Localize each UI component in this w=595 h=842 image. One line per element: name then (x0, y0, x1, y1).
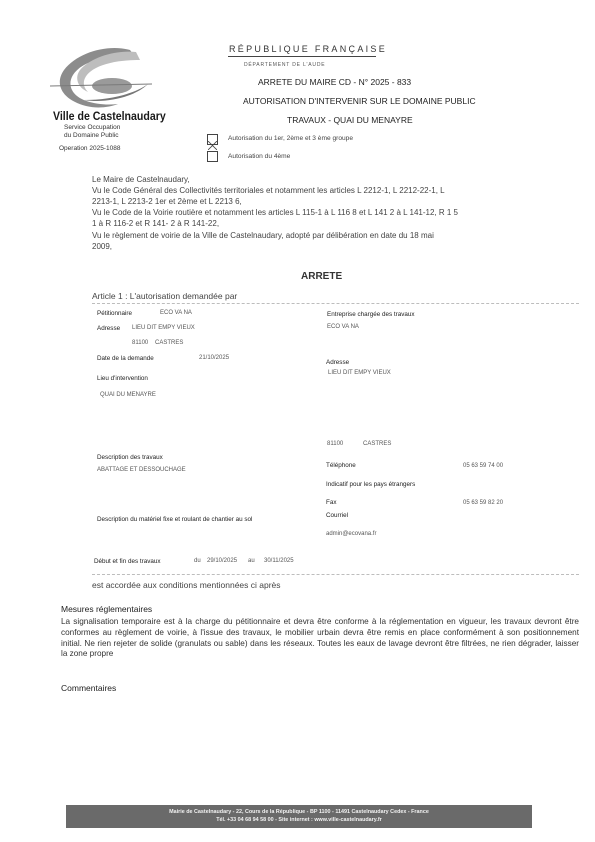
postcode: 81100 (132, 340, 148, 346)
checkbox-label-group-4: Autorisation du 4ème (228, 153, 290, 160)
location-label: Lieu d'intervention (97, 375, 148, 382)
preamble-line: 1 à R 116-2 et R 141- 2 à R 141-22, (92, 219, 219, 230)
measures-text: La signalisation temporaire est à la cha… (61, 617, 579, 660)
service-line-1: Service Occupation (64, 124, 120, 131)
footer-address: Mairie de Castelnaudary - 22, Cours de l… (66, 808, 532, 816)
footer: Mairie de Castelnaudary - 22, Cours de l… (66, 805, 532, 828)
divider (92, 574, 579, 575)
works-value: ABATTAGE ET DESSOUCHAGE (97, 467, 186, 473)
intl-prefix-label: Indicatif pour les pays étrangers (326, 481, 415, 488)
email-value: admin@ecovana.fr (326, 531, 376, 537)
city-name: Ville de Castelnaudary (53, 111, 166, 123)
company-town: CASTRES (363, 441, 391, 447)
preamble-line: 2213-1, L 2213-2 1er et 2ème et L 2213 6… (92, 197, 242, 208)
preamble-line: Vu le règlement de voirie de la Ville de… (92, 231, 434, 242)
checkbox-group-4[interactable] (207, 151, 218, 162)
company-address: LIEU DIT EMPY VIEUX (328, 370, 391, 376)
request-date: 21/10/2025 (199, 355, 229, 361)
article-1: Article 1 : L'autorisation demandée par (92, 291, 237, 301)
preamble-line: Vu le Code de la Voirie routière et nota… (92, 208, 458, 219)
republique-francaise: RÉPUBLIQUE FRANÇAISE (229, 44, 387, 54)
divider (92, 303, 579, 304)
checkbox-label-groups-1-3: Autorisation du 1er, 2ème et 3 ème group… (228, 135, 353, 142)
period-from-label: du (194, 558, 201, 564)
works-label: Description des travaux (97, 454, 163, 461)
petitioner-value: ECO VA NA (160, 310, 192, 316)
subject: AUTORISATION D'INTERVENIR SUR LE DOMAINE… (243, 96, 476, 106)
request-date-label: Date de la demande (97, 355, 154, 362)
operation-number: Operation 2025-1088 (59, 145, 120, 152)
fax-label: Fax (326, 499, 337, 506)
address-value: LIEU DIT EMPY VIEUX (132, 325, 195, 331)
preamble-line: Vu le Code Général des Collectivités ter… (92, 186, 445, 197)
departement: DÉPARTEMENT DE L'AUDE (244, 62, 325, 68)
petitioner-label: Pétitionnaire (97, 310, 132, 317)
town: CASTRES (155, 340, 183, 346)
travaux-title: TRAVAUX - QUAI DU MENAYRE (287, 115, 413, 125)
equipment-label: Description du matériel fixe et roulant … (97, 516, 252, 523)
divider (228, 56, 376, 57)
city-logo-icon (48, 44, 154, 110)
company-label: Entreprise chargée des travaux (327, 311, 415, 318)
address-label: Adresse (97, 325, 120, 332)
company-address-label: Adresse (326, 359, 349, 366)
footer-contact: Tél. +33 04 68 94 58 00 - Site internet … (66, 816, 532, 824)
preamble-line: Le Maire de Castelnaudary, (92, 175, 190, 186)
arrete-heading: ARRETE (301, 271, 342, 282)
granted-text: est accordée aux conditions mentionnées … (92, 580, 281, 590)
period-to: 30/11/2025 (264, 558, 294, 564)
service-line-2: du Domaine Public (64, 132, 119, 139)
fax-value: 05 63 59 82 20 (463, 500, 503, 506)
period-to-label: au (248, 558, 255, 564)
measures-title: Mesures réglementaires (61, 604, 152, 614)
arrete-number: ARRETE DU MAIRE CD - N° 2025 - 833 (258, 77, 411, 87)
email-label: Courriel (326, 512, 348, 519)
period-label: Début et fin des travaux (94, 558, 161, 565)
preamble-line: 2009, (92, 242, 112, 253)
checkbox-groups-1-3[interactable] (207, 134, 218, 145)
company-postcode: 81100 (327, 441, 343, 447)
comments-title: Commentaires (61, 683, 116, 693)
checked-x-icon (208, 141, 217, 150)
phone-label: Téléphone (326, 462, 356, 469)
phone-value: 05 63 59 74 00 (463, 463, 503, 469)
period-from: 29/10/2025 (207, 558, 237, 564)
company-value: ECO VA NA (327, 324, 359, 330)
location-value: QUAI DU MENAYRE (100, 392, 156, 398)
